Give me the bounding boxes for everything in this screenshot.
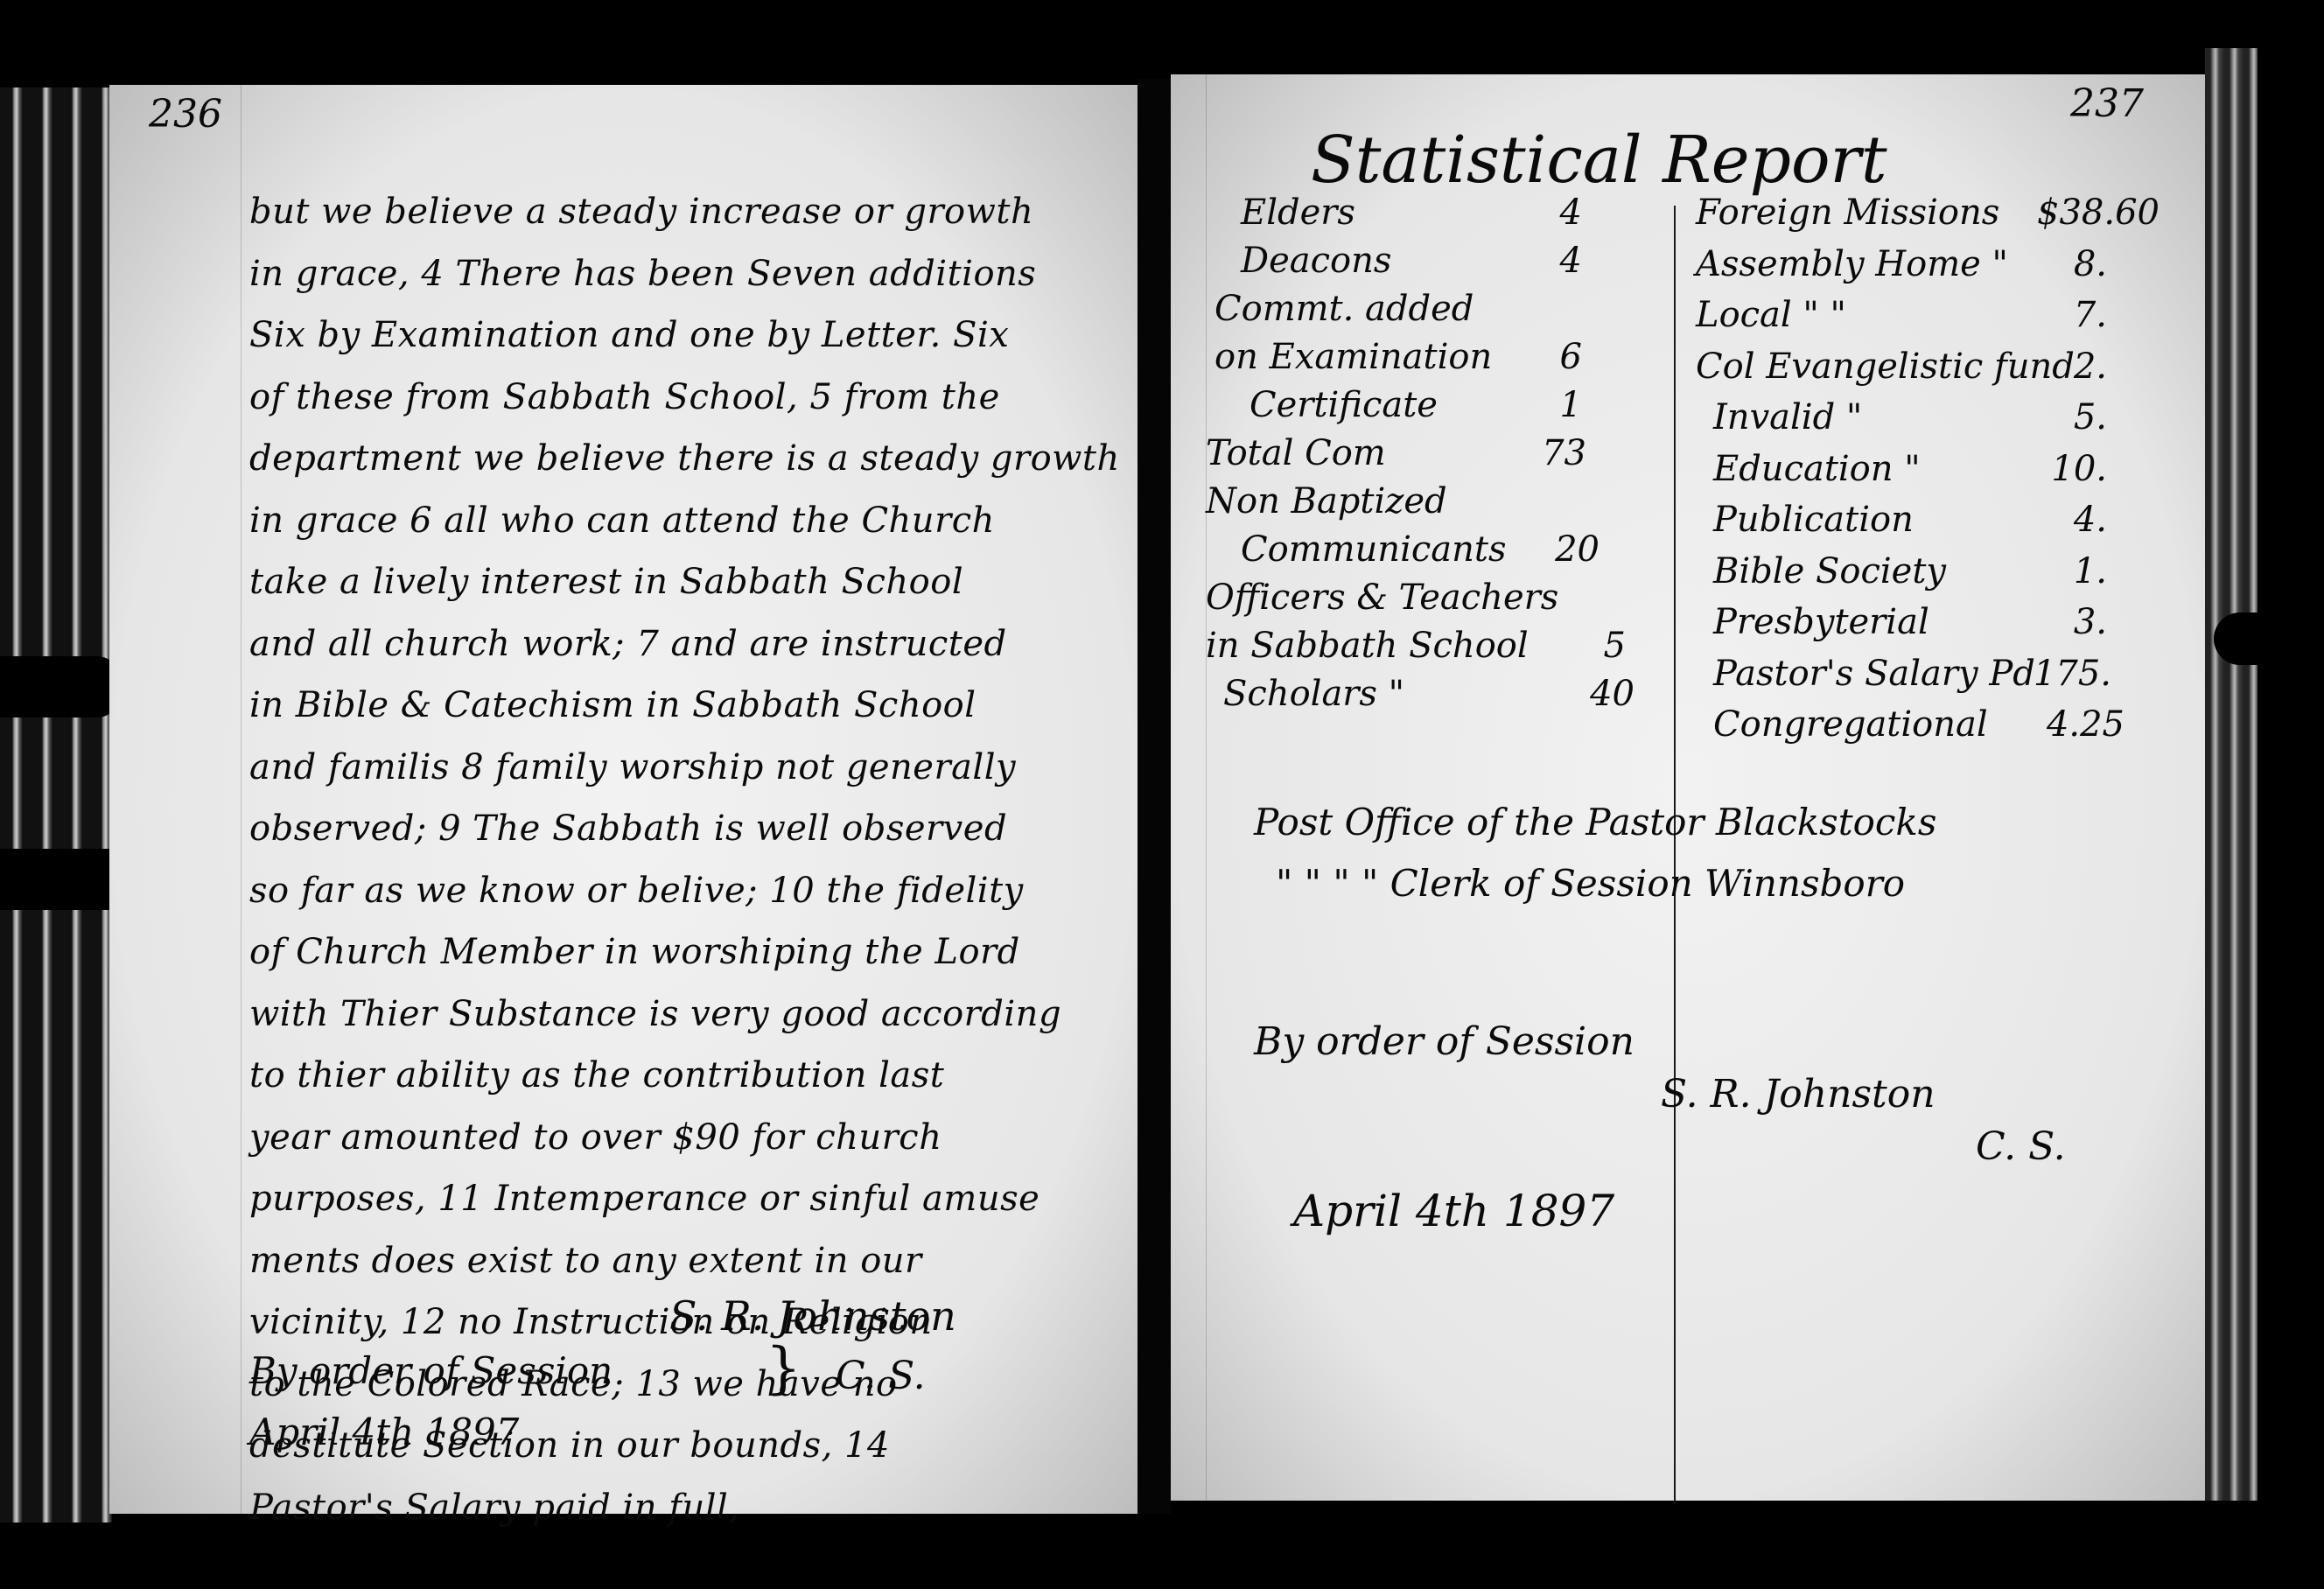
narrative-line: in Bible & Catechism in Sabbath School (249, 675, 1133, 737)
narrative-line: so far as we know or belive; 10 the fide… (249, 860, 1133, 922)
row-value: 40 (1590, 674, 1634, 714)
row-label: Presbyterial (1713, 602, 1929, 642)
binding-clasp (2214, 612, 2324, 665)
table-row: Invalid " 5. (1696, 397, 2159, 449)
row-label: Col Evangelistic fund (1696, 346, 2075, 387)
attestation: By order of Session (249, 1349, 612, 1392)
narrative-line: and all church work; 7 and are instructe… (249, 613, 1133, 675)
attestation: By order of Session (1254, 1019, 1634, 1064)
row-value: 10. (2051, 449, 2107, 489)
row-label: Scholars " (1223, 674, 1404, 714)
report-title: Statistical Report (1311, 122, 1887, 198)
table-row: Col Evangelistic fund 2. (1696, 346, 2159, 398)
table-row: Assembly Home " 8. (1696, 244, 2159, 296)
narrative-line: observed; 9 The Sabbath is well observed (249, 798, 1133, 860)
signature-title: C. S. (1976, 1124, 2066, 1169)
page-gutter (1137, 79, 1171, 1514)
row-label: Local " " (1696, 295, 1846, 335)
table-row: Foreign Missions $38.60 (1696, 192, 2159, 244)
table-row: Publication 4. (1696, 500, 2159, 551)
row-label: Education " (1713, 449, 1921, 489)
row-label: Certificate (1249, 385, 1438, 425)
signature-title: C. S. (836, 1354, 926, 1398)
narrative-line: in grace 6 all who can attend the Church (249, 490, 1133, 552)
row-value: 5 (1604, 626, 1626, 666)
table-row: Bible Society 1. (1696, 551, 2159, 603)
row-label: Total Com (1206, 433, 1386, 473)
row-value: 4. (2074, 500, 2107, 540)
narrative-line: Pastor's Salary paid in full, (249, 1477, 1133, 1539)
margin-rule (241, 85, 241, 1514)
row-value: 4.25 (2047, 704, 2124, 745)
row-label: Elders (1241, 192, 1355, 233)
row-value: 1. (2074, 551, 2107, 591)
narrative-line: of these from Sabbath School, 5 from the (249, 367, 1133, 429)
narrative-line: department we believe there is a steady … (249, 428, 1133, 490)
row-label: Publication (1713, 500, 1914, 540)
row-value: 4 (1560, 241, 1582, 281)
table-row: Elders 4 (1206, 192, 1661, 241)
signature-date: April 4th 1897 (249, 1410, 519, 1453)
book-binding-right (2205, 48, 2257, 1501)
table-row: Presbyterial 3. (1696, 602, 2159, 654)
narrative-line: ments does exist to any extent in our (249, 1230, 1133, 1292)
row-value: 7. (2074, 295, 2107, 335)
row-label: Commt. added (1214, 289, 1473, 329)
row-value: $38.60 (2037, 192, 2159, 233)
contributions-table: Foreign Missions $38.60 Assembly Home " … (1696, 192, 2159, 756)
row-value: 73 (1542, 433, 1586, 473)
binding-clasp (0, 656, 122, 717)
table-row: in Sabbath School 5 (1206, 626, 1661, 674)
right-page: 237 Statistical Report Elders 4 Deacons … (1171, 74, 2205, 1501)
row-label: Communicants (1241, 529, 1506, 570)
table-row: Certificate 1 (1206, 385, 1661, 433)
table-row: Total Com 73 (1206, 433, 1661, 481)
signature-name: S. R. Johnston (1661, 1072, 1935, 1116)
table-row: Deacons 4 (1206, 241, 1661, 289)
row-label: Invalid " (1713, 397, 1862, 437)
row-value: 1 (1560, 385, 1582, 425)
membership-table: Elders 4 Deacons 4 Commt. added on Exami… (1206, 192, 1661, 722)
table-row: Communicants 20 (1206, 529, 1661, 577)
row-value: 6 (1560, 337, 1582, 377)
row-label: Non Baptized (1206, 481, 1447, 521)
row-label: Officers & Teachers (1206, 577, 1558, 618)
narrative-line: purposes, 11 Intemperance or sinful amus… (249, 1168, 1133, 1230)
row-value: 5. (2074, 397, 2107, 437)
page-number: 237 (2070, 81, 2144, 126)
row-value: 20 (1555, 529, 1599, 570)
row-label: Foreign Missions (1696, 192, 1999, 233)
row-label: on Examination (1214, 337, 1492, 377)
table-row: Officers & Teachers (1206, 577, 1661, 626)
brace: } (766, 1336, 801, 1401)
row-label: Deacons (1241, 241, 1391, 281)
narrative-line: year amounted to over $90 for church (249, 1107, 1133, 1169)
narrative-line: but we believe a steady increase or grow… (249, 181, 1133, 243)
narrative-line: with Thier Substance is very good accord… (249, 983, 1133, 1046)
column-divider (1674, 206, 1676, 1501)
signature-name: S. R. Johnston (669, 1292, 956, 1340)
row-value: 2. (2074, 346, 2107, 387)
table-row: Local " " 7. (1696, 295, 2159, 346)
pastor-post-office: Post Office of the Pastor Blackstocks (1254, 801, 1936, 843)
row-label: Assembly Home " (1696, 244, 2008, 284)
row-label: in Sabbath School (1206, 626, 1529, 666)
table-row: Education " 10. (1696, 449, 2159, 500)
narrative-line: to thier ability as the contribution las… (249, 1045, 1133, 1107)
narrative-line: take a lively interest in Sabbath School (249, 551, 1133, 613)
table-row: Non Baptized (1206, 481, 1661, 529)
table-row: Congregational 4.25 (1696, 704, 2159, 756)
row-value: 8. (2074, 244, 2107, 284)
narrative-line: of Church Member in worshiping the Lord (249, 921, 1133, 983)
narrative-line: in grace, 4 There has been Seven additio… (249, 243, 1133, 305)
table-row: Scholars " 40 (1206, 674, 1661, 722)
row-value: 175. (2033, 654, 2111, 694)
narrative-line: and familis 8 family worship not general… (249, 737, 1133, 799)
row-value: 3. (2074, 602, 2107, 642)
table-row: Commt. added (1206, 289, 1661, 337)
book-binding-left (0, 87, 112, 1522)
table-row: Pastor's Salary Pd 175. (1696, 654, 2159, 705)
row-label: Bible Society (1713, 551, 1946, 591)
table-row: on Examination 6 (1206, 337, 1661, 385)
page-number: 236 (149, 92, 222, 136)
signature-date: April 4th 1897 (1293, 1186, 1614, 1236)
left-page: 236 but we believe a steady increase or … (109, 85, 1137, 1514)
narrative-line: Six by Examination and one by Letter. Si… (249, 304, 1133, 367)
row-label: Congregational (1713, 704, 1988, 745)
clerk-post-office: " " " " Clerk of Session Winnsboro (1276, 862, 1905, 905)
row-label: Pastor's Salary Pd (1713, 654, 2035, 694)
row-value: 4 (1560, 192, 1582, 233)
